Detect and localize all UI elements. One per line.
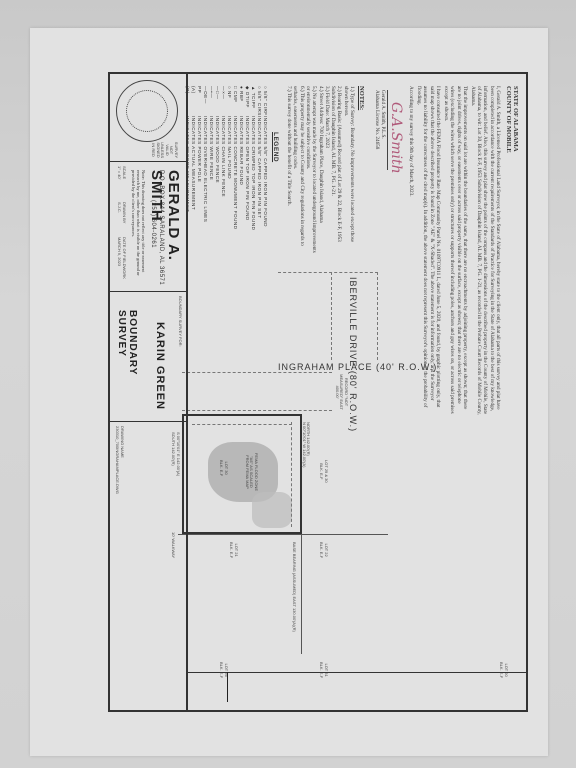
legend-list: ○ 5/8" CIRFINDICATES 5/8" CAPPED IRON PI… (184, 86, 268, 266)
legend-symbol: —•— (208, 86, 214, 116)
legend-item: (A)INDICATES ACTUAL MEASUREMENT (190, 86, 196, 266)
legend-symbol: ◆ OTIPF (244, 86, 250, 116)
seal-cell: SURVEY NOT VALID UNLESS SIGNED IN RED (108, 72, 186, 162)
legend-item: —•—INDICATES WIRE FENCE (208, 86, 214, 266)
note-item: 4.) Street Address: 700 Ingraham Place, … (317, 86, 323, 256)
drawing-name-cell: DRAWING NAME 230310_700INGRAHAMPLACE.DWG (108, 422, 186, 562)
legend-symbol: ○ NF (226, 86, 232, 116)
survey-title: BOUNDARY SURVEY (116, 310, 138, 421)
survey-sheet: STATE OF ALABAMA COUNTY OF MOBILE I, Ger… (30, 28, 548, 756)
lot-22-label: LOT 22BLK. E-F (319, 542, 328, 558)
legend-symbol: ○ 5/8" CIRF (262, 86, 268, 116)
seal-warning: SURVEY NOT VALID UNLESS SIGNED IN RED (151, 140, 178, 160)
note-item: 1.) Type of Survey: Boundary. No improve… (342, 86, 355, 256)
legend-item: ○ 5/8" CIRFINDICATES 5/8" CAPPED IRON PI… (262, 86, 268, 266)
setback-line (192, 424, 292, 425)
legend-text: INDICATES WIRE FENCE (209, 116, 214, 180)
ingraham-place-label: INGRAHAM PLACE (40' R.O.W.) (278, 362, 437, 372)
legend-symbol: □ CMF (232, 86, 238, 116)
note-item: 5.) No attempt was made by the Surveyor … (305, 86, 318, 256)
legend-heading: LEGEND (272, 132, 278, 162)
legend-symbol: —×— (220, 86, 226, 116)
signer-name: Gerald A. Smith, P.L.S. (380, 90, 386, 139)
date-field: DATE OF FIELDWORKMARCH 9, 2023 (117, 237, 126, 279)
legend-text: INDICATES WOOD FENCE (215, 116, 220, 183)
legend-text: INDICATES REBAR FOUND (239, 116, 244, 185)
legend-text: INDICATES OPEN TOP IRON PIN FOUND (245, 116, 250, 221)
legend-symbol: —OE— (202, 86, 208, 116)
sheet-edge-line (188, 672, 528, 673)
signature-line (387, 90, 388, 170)
surveyor-seal (116, 80, 178, 142)
iberville-drive-label: IBERVILLE DRIVE (80' R.O.W.) (348, 277, 358, 432)
drawing-name-label: DRAWING NAME (120, 426, 125, 458)
note-item: 2.) Bearing Basis: (Assumed) Record plat… (330, 86, 343, 256)
row-line (182, 410, 332, 411)
legend-item: ● RBFINDICATES REBAR FOUND (238, 86, 244, 266)
legend-item: PPINDICATES POWER POLE (196, 86, 202, 266)
title-note: Note: This drawing does not reflect any … (131, 170, 146, 285)
survey-drawing: STATE OF ALABAMA COUNTY OF MOBILE I, Ger… (88, 72, 528, 712)
legend-text: INDICATES CHAIN LINK FENCE (221, 116, 226, 197)
legend-text: INDICATES 5/8" CAPPED IRON PIN FOUND (263, 116, 268, 227)
drawing-name-value: 230310_700INGRAHAMPLACE.DWG (115, 426, 120, 494)
surveyor-cell: GERALD A. SMITH P.O. BOX 844 SARALAND, A… (108, 162, 186, 292)
lot-20-label: LOT 20BLK. E-F (499, 662, 508, 678)
note-item: 7.) This survey done without the benefit… (286, 86, 292, 256)
legend-symbol: (A) (190, 86, 196, 116)
legend-text: INDICATES CONCRETE MONUMENT FOUND (233, 116, 238, 230)
legend-text: INDICATES 5/8" CAPPED IRON PIN SET (257, 116, 262, 219)
lot-line (301, 534, 302, 654)
row-line (331, 272, 332, 360)
title-block: SURVEY NOT VALID UNLESS SIGNED IN RED GE… (106, 72, 188, 712)
drawn-by-field: DRAWN BYS.J.C. (117, 202, 126, 223)
north-line-actual: N 00°10'01" W 142.00'(A) (302, 422, 307, 467)
legend-symbol: ● RBF (238, 86, 244, 116)
legend-symbol: PP (196, 86, 202, 116)
certificate-paragraph-1: I, Gerald A. Smith, a Licensed Professio… (470, 86, 501, 416)
note-item: 3.) Field Date: March 7, 2023 (324, 86, 330, 256)
lot-29-30-label: LOT 29 & 30BLK. E-F (319, 460, 328, 483)
legend-item: ◆ OTIPFINDICATES OPEN TOP IRON PIN FOUND (244, 86, 250, 266)
surveyor-address: P.O. BOX 844 SARALAND, AL 36571 (158, 170, 164, 285)
flood-zone-x (252, 492, 292, 528)
legend-text: INDICATES NAIL FOUND (227, 116, 232, 179)
legend-symbol: ○ 5/8" CIRS (256, 86, 262, 116)
row-line (278, 272, 378, 273)
north-arrow (223, 672, 228, 702)
note-item: 6.) This property may be subject to Coun… (292, 86, 305, 256)
lot-31-label: LOT 31BLK. E-F (319, 662, 328, 678)
legend-item: —×—INDICATES CHAIN LINK FENCE (220, 86, 226, 266)
red-signature: G.A.Smith (388, 102, 404, 174)
license-number: Alabama License No. 24658 (374, 90, 380, 149)
scale-field: SCALE1" = 40' (117, 166, 126, 179)
legend-item: —□—INDICATES WOOD FENCE (214, 86, 220, 266)
legend-item: ▲ TCIPFINDICATES CRIMPED TOP IRON PIN FO… (250, 86, 256, 266)
legend-text: INDICATES POWER POLE (197, 116, 202, 182)
setback-line (291, 422, 292, 527)
lot-30-label: LOT 30BLK. E-F (219, 460, 228, 476)
notes-heading: NOTES: (358, 86, 364, 110)
state-heading: STATE OF ALABAMA (512, 86, 518, 152)
legend-item: □ CMFINDICATES CONCRETE MONUMENT FOUND (232, 86, 238, 266)
lot-21-label: LOT 21BLK. E-F (229, 542, 238, 558)
legend-text: INDICATES CRIMPED TOP IRON PIN FOUND (251, 116, 256, 230)
client-cell: BOUNDARY SURVEY FOR: KARIN GREEN BOUNDAR… (108, 292, 186, 422)
client-name: KARIN GREEN (154, 322, 166, 410)
notes-list: 1.) Type of Survey: Boundary. No improve… (286, 86, 355, 256)
legend-symbol: —□— (214, 86, 220, 116)
legend-item: ○ 5/8" CIRSINDICATES 5/8" CAPPED IRON PI… (256, 86, 262, 266)
county-heading: COUNTY OF MOBILE (505, 86, 511, 153)
flood-zone-ae-label: FEMA FLOOD ZONE "AE" AS SCALED FROM FEMA… (245, 452, 259, 492)
lot-line (178, 534, 388, 535)
certificate-paragraph-2: That the improvements on said lot are wi… (443, 86, 468, 416)
record-note: RECORD "NOT MEASURED" EAST 400.00' (335, 372, 349, 412)
legend-symbol: ▲ TCIPF (250, 86, 256, 116)
legend-item: ○ NFINDICATES NAIL FOUND (226, 86, 232, 266)
legend-text: INDICATES OVERHEAD ELECTRIC LINES (203, 116, 208, 222)
legend-text: INDICATES ACTUAL MEASUREMENT (191, 116, 196, 210)
row-line (377, 272, 378, 360)
row-line (182, 372, 332, 373)
base-bearing: BASE BEARING (ASSUMED) EAST 130.00'(A)(R… (292, 542, 297, 632)
surveyor-phone: (251) 604-0261 (150, 200, 156, 248)
legend-item: —OE—INDICATES OVERHEAD ELECTRIC LINES (202, 86, 208, 266)
survey-for-label: BOUNDARY SURVEY FOR: (178, 296, 183, 347)
